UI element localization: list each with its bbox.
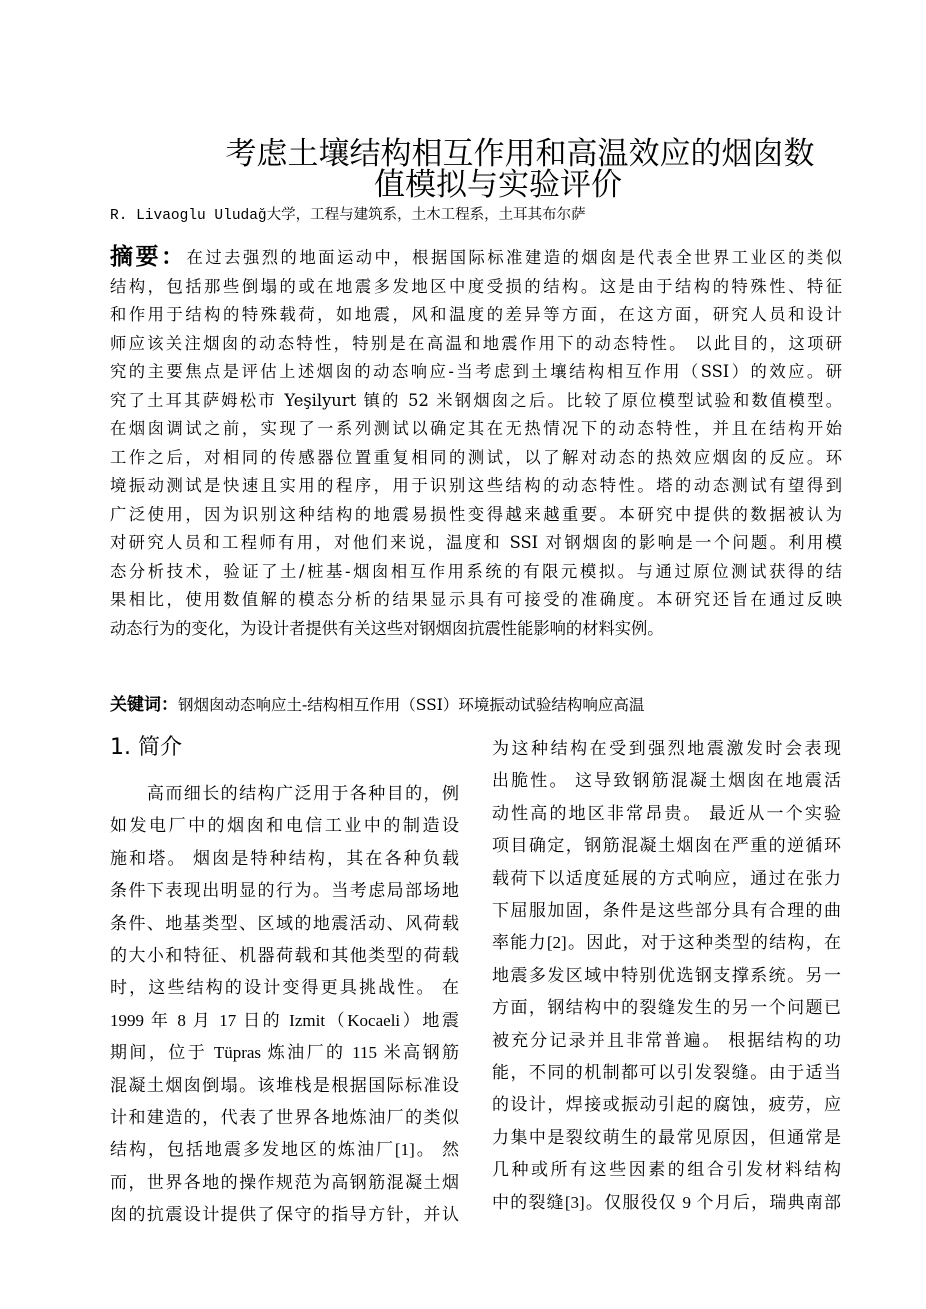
abstract-line: 在烟囱调试之前，实现了一系列测试以确定其在无热情况下的动态特性，并且在结构开始 bbox=[110, 415, 842, 444]
abstract-line: 结构，包括那些倒塌的或在地震多发地区中度受损的结构。这是由于结构的特殊性、特征 bbox=[110, 273, 842, 302]
paper-title-line-1: 考虑土壤结构相互作用和高温效应的烟囱数 bbox=[150, 139, 870, 170]
abstract-line: 境振动测试是快速且实用的程序，用于识别这些结构的动态特性。塔的动态测试有望得到 bbox=[110, 472, 842, 501]
body-column-left: 高而细长的结构广泛用于各种目的，例 如发电厂中的烟囱和电信工业中的制造设 施和塔… bbox=[110, 778, 459, 1232]
body-line: 混凝土烟囱倒塌。该堆栈是根据国际标准设 bbox=[110, 1070, 459, 1102]
body-line: 的设计，焊接或振动引起的腐蚀，疲劳，应 bbox=[492, 1089, 841, 1121]
abstract-line: 工作之后，对相同的传感器位置重复相同的测试，以了解对动态的热效应烟囱的反应。环 bbox=[110, 444, 842, 473]
abstract-line: 对研究人员和工程师有用，对他们来说，温度和 SSI 对钢烟囱的影响是一个问题。利… bbox=[110, 529, 842, 558]
body-line: 1999 年 8 月 17 日的 Izmit（Kocaeli）地震 bbox=[110, 1005, 459, 1037]
body-line: 时，这些结构的设计变得更具挑战性。 在 bbox=[110, 972, 459, 1004]
body-line: 项目确定，钢筋混凝土烟囱在严重的逆循环 bbox=[492, 830, 841, 862]
abstract-line: 师应该关注烟囱的动态特性，特别是在高温和地震作用下的动态特性。 以此目的，这项研 bbox=[110, 330, 842, 359]
section-heading-introduction: 1. 简介 bbox=[110, 734, 182, 762]
body-line: 被充分记录并且非常普遍。 根据结构的功 bbox=[492, 1025, 841, 1057]
author-affiliation: R. Livaoglu Uludağ大学，工程与建筑系，土木工程系，土耳其布尔萨 bbox=[110, 206, 586, 225]
body-line: 计和建造的，代表了世界各地炼油厂的类似 bbox=[110, 1102, 459, 1134]
body-line: 几种或所有这些因素的组合引发材料结构 bbox=[492, 1154, 841, 1186]
abstract-line: 广泛使用，因为识别这种结构的地震易损性变得越来越重要。本研究中提供的数据被认为 bbox=[110, 501, 842, 530]
keywords-label: 关键词： bbox=[110, 695, 178, 715]
body-line: 施和塔。 烟囱是特种结构，其在各种负载 bbox=[110, 843, 459, 875]
body-line: 载荷下以适度延展的方式响应，通过在张力 bbox=[492, 863, 841, 895]
affiliation-text: 大学，工程与建筑系，土木工程系，土耳其布尔萨 bbox=[267, 207, 586, 223]
document-page: 考虑土壤结构相互作用和高温效应的烟囱数 值模拟与实验评价 R. Livaoglu… bbox=[0, 0, 926, 1309]
keywords: 关键词：钢烟囱动态响应土-结构相互作用（SSI）环境振动试验结构响应高温 bbox=[110, 694, 644, 716]
abstract-line: 和作用于结构的特殊载荷，如地震，风和温度的差异等方面，在这方面，研究人员和设计 bbox=[110, 301, 842, 330]
body-column-right: 为这种结构在受到强烈地震激发时会表现 出脆性。 这导致钢筋混凝土烟囱在地震活 动… bbox=[492, 733, 841, 1219]
body-line: 结构，包括地震多发地区的炼油厂[1]。 然 bbox=[110, 1134, 459, 1166]
abstract-line: 果相比，使用数值解的模态分析的结果显示具有可接受的准确度。本研究还旨在通过反映 bbox=[110, 586, 842, 615]
body-line: 力集中是裂纹萌生的最常见原因，但通常是 bbox=[492, 1122, 841, 1154]
body-line: 下屈服加固，条件是这些部分具有合理的曲 bbox=[492, 895, 841, 927]
body-line: 高而细长的结构广泛用于各种目的，例 bbox=[110, 778, 459, 810]
body-line: 中的裂缝[3]。仅服役仅 9 个月后，瑞典南部 bbox=[492, 1187, 841, 1219]
abstract-line: 在过去强烈的地面运动中，根据国际标准建造的烟囱是代表全世界工业区的类似 bbox=[187, 248, 842, 267]
author-name: R. Livaoglu Uludağ bbox=[110, 208, 267, 224]
body-line: 动性高的地区非常昂贵。 最近从一个实验 bbox=[492, 798, 841, 830]
abstract-label: 摘要： bbox=[110, 244, 187, 270]
abstract: 摘要：在过去强烈的地面运动中，根据国际标准建造的烟囱是代表全世界工业区的类似 结… bbox=[110, 243, 842, 643]
paper-title-line-2: 值模拟与实验评价 bbox=[126, 170, 870, 201]
abstract-line: 究的主要焦点是评估上述烟囱的动态响应-当考虑到土壤结构相互作用（SSI）的效应。… bbox=[110, 358, 842, 387]
keywords-text: 钢烟囱动态响应土-结构相互作用（SSI）环境振动试验结构响应高温 bbox=[178, 696, 644, 714]
body-line: 率能力[2]。因此，对于这种类型的结构，在 bbox=[492, 927, 841, 959]
body-line: 如发电厂中的烟囱和电信工业中的制造设 bbox=[110, 810, 459, 842]
body-line: 出脆性。 这导致钢筋混凝土烟囱在地震活 bbox=[492, 765, 841, 797]
body-line: 条件下表现出明显的行为。当考虑局部场地 bbox=[110, 875, 459, 907]
paper-title: 考虑土壤结构相互作用和高温效应的烟囱数 值模拟与实验评价 bbox=[150, 139, 870, 201]
body-line: 条件、地基类型、区域的地震活动、风荷载 bbox=[110, 908, 459, 940]
body-line: 的大小和特征、机器荷载和其他类型的荷载 bbox=[110, 940, 459, 972]
body-line: 囱的抗震设计提供了保守的指导方针，并认 bbox=[110, 1199, 459, 1231]
body-line: 方面，钢结构中的裂缝发生的另一个问题已 bbox=[492, 992, 841, 1024]
body-line: 而，世界各地的操作规范为高钢筋混凝土烟 bbox=[110, 1167, 459, 1199]
abstract-line: 究了土耳其萨姆松市 Yeşilyurt 镇的 52 米钢烟囱之后。比较了原位模型… bbox=[110, 387, 842, 416]
abstract-line: 动态行为的变化，为设计者提供有关这些对钢烟囱抗震性能影响的材料实例。 bbox=[110, 615, 842, 644]
body-line: 期间，位于 Tüpras 炼油厂的 115 米高钢筋 bbox=[110, 1037, 459, 1069]
body-line: 能，不同的机制都可以引发裂缝。由于适当 bbox=[492, 1057, 841, 1089]
abstract-line: 态分析技术，验证了土/桩基-烟囱相互作用系统的有限元模拟。与通过原位测试获得的结 bbox=[110, 558, 842, 587]
body-line: 地震多发区域中特别优选钢支撑系统。另一 bbox=[492, 960, 841, 992]
body-line: 为这种结构在受到强烈地震激发时会表现 bbox=[492, 733, 841, 765]
